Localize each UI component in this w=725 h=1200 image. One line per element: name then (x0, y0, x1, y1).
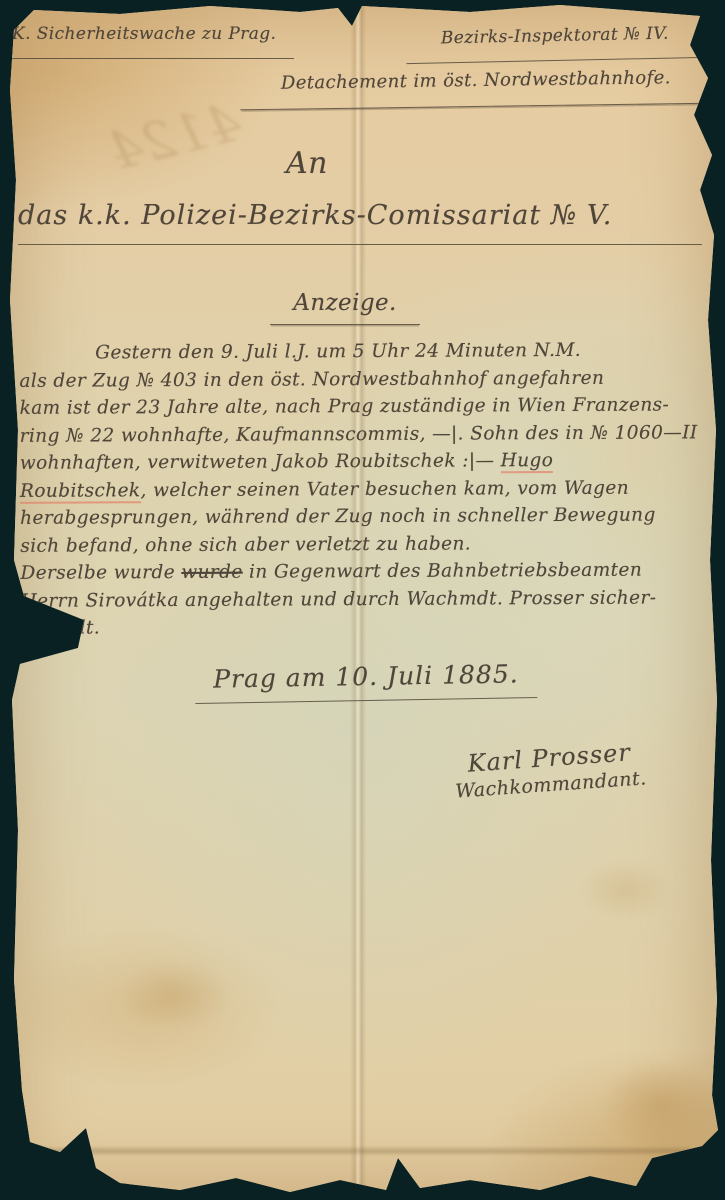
ink-bleedthrough-numeral: 4124 (103, 93, 247, 184)
report-title: Anzeige. (270, 290, 420, 325)
body-line: als der Zug № 403 in den öst. Nordwestba… (19, 364, 717, 395)
body-line: sich befand, ohne sich aber verletzt zu … (20, 529, 718, 560)
highlighted-name: Hugo (501, 450, 554, 473)
address-salutation: An (286, 146, 328, 181)
signature-block: Karl Prosser Wachkommandant. (419, 735, 682, 805)
bottom-crease (30, 1146, 690, 1156)
paper-stain (120, 960, 230, 1030)
crossed-out-word: wurde (181, 562, 242, 583)
header-district-inspectorate: Bezirks-Inspektorat № IV. (406, 23, 705, 64)
body-line: Herrn Sirovátka angehalten und durch Wac… (21, 584, 719, 615)
body-line: gestellt. (21, 611, 719, 642)
paper-stain (580, 860, 670, 920)
header-detachment: Detachement im öst. Nordwestbahnhofe. (240, 67, 712, 111)
body-line: kam ist der 23 Jahre alte, nach Prag zus… (20, 391, 718, 422)
body-line: herabgesprungen, während der Zug noch in… (20, 501, 718, 532)
paper-stain (600, 1060, 720, 1150)
body-line: Roubitschek, welcher seinen Vater besuch… (20, 474, 718, 505)
scan-background: 4124 K. Sicherheitswache zu Prag. Bezirk… (0, 0, 725, 1200)
document-page: 4124 K. Sicherheitswache zu Prag. Bezirk… (0, 0, 725, 1200)
body-line: wohnhaften, verwitweten Jakob Roubitsche… (20, 446, 718, 477)
highlighted-name: Roubitschek (20, 480, 141, 504)
place-date-line: Prag am 10. Juli 1885. (195, 659, 538, 704)
body-line: ring № 22 wohnhafte, Kaufmannscommis, —|… (20, 419, 718, 450)
address-recipient: das k.k. Polizei-Bezirks-Comissariat № V… (18, 200, 702, 245)
body-line: Derselbe wurde wurde in Gegenwart des Ba… (20, 556, 718, 587)
report-body: Gestern den 9. Juli l.J. um 5 Uhr 24 Min… (19, 336, 719, 642)
header-issuing-office: K. Sicherheitswache zu Prag. (4, 24, 294, 59)
body-line: Gestern den 9. Juli l.J. um 5 Uhr 24 Min… (19, 336, 717, 367)
